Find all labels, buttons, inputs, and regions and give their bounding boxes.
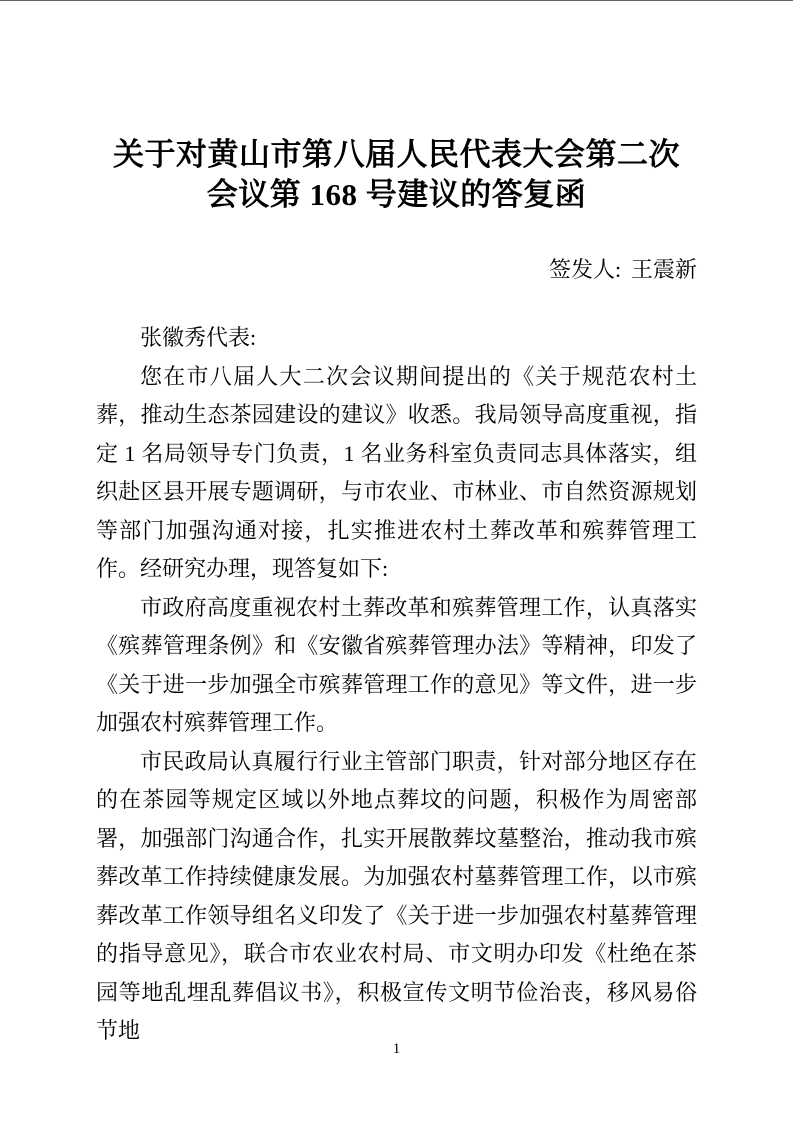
document-body: 张徽秀代表: 您在市八届人大二次会议期间提出的《关于规范农村土葬，推动生态茶园建…	[96, 319, 697, 1051]
page-number: 1	[0, 1040, 793, 1058]
title-line-1: 关于对黄山市第八届人民代表大会第二次	[0, 135, 793, 175]
paragraph-2: 市政府高度重视农村土葬改革和殡葬管理工作，认真落实《殡葬管理条例》和《安徽省殡葬…	[96, 589, 697, 743]
paragraph-3: 市民政局认真履行行业主管部门职责，针对部分地区存在的在茶园等规定区域以外地点葬坟…	[96, 743, 697, 1051]
salutation: 张徽秀代表:	[96, 319, 697, 358]
document-title: 关于对黄山市第八届人民代表大会第二次 会议第 168 号建议的答复函	[0, 1, 793, 215]
document-page: 关于对黄山市第八届人民代表大会第二次 会议第 168 号建议的答复函 签发人:王…	[0, 0, 793, 1122]
signer-label: 签发人:	[549, 257, 621, 282]
paragraph-1: 您在市八届人大二次会议期间提出的《关于规范农村土葬，推动生态茶园建设的建议》收悉…	[96, 358, 697, 589]
signer-line: 签发人:王震新	[0, 255, 793, 285]
signer-name: 王震新	[631, 257, 697, 282]
title-line-2: 会议第 168 号建议的答复函	[0, 175, 793, 215]
